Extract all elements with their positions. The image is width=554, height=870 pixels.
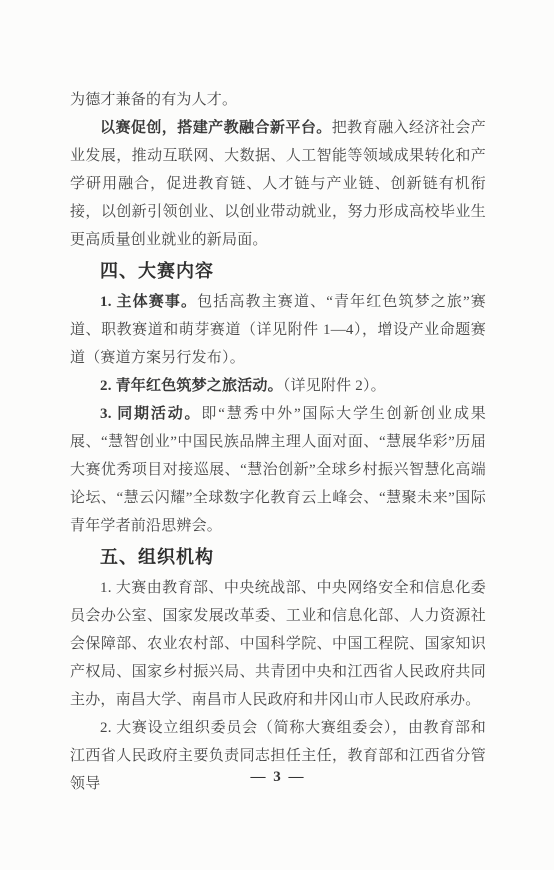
paragraph-main-events: 1. 主体赛事。包括高教主赛道、“青年红色筑梦之旅”赛道、职教赛道和萌芽赛道（详… xyxy=(70,288,486,372)
paragraph-organizers: 1. 大赛由教育部、中央统战部、中央网络安全和信息化委员会办公室、国家发展改革委… xyxy=(70,574,486,714)
paragraph-lead: 以赛促创，搭建产教融合新平台。 xyxy=(100,120,332,136)
section-heading-competition-content: 四、大赛内容 xyxy=(70,257,486,285)
paragraph-text: 即“慧秀中外”国际大学生创新创业成果展、“慧智创业”中国民族品牌主理人面对面、“… xyxy=(70,406,486,534)
paragraph-text: 把教育融入经济社会产业发展，推动互联网、大数据、人工智能等领域成果转化和产学研用… xyxy=(70,120,486,248)
page-number: — 3 — xyxy=(70,766,486,788)
paragraph-red-journey-activity: 2. 青年红色筑梦之旅活动。（详见附件 2）。 xyxy=(70,372,486,400)
paragraph-promote-innovation: 以赛促创，搭建产教融合新平台。把教育融入经济社会产业发展，推动互联网、大数据、人… xyxy=(70,114,486,254)
paragraph-concurrent-activities: 3. 同期活动。即“慧秀中外”国际大学生创新创业成果展、“慧智创业”中国民族品牌… xyxy=(70,400,486,540)
section-heading-organization: 五、组织机构 xyxy=(70,543,486,571)
document-page: 为德才兼备的有为人才。 以赛促创，搭建产教融合新平台。把教育融入经济社会产业发展… xyxy=(0,0,554,870)
paragraph-continuation: 为德才兼备的有为人才。 xyxy=(70,86,486,114)
paragraph-lead: 2. 青年红色筑梦之旅活动。 xyxy=(100,378,283,394)
paragraph-lead: 3. 同期活动。 xyxy=(100,406,201,422)
paragraph-text: （详见附件 2）。 xyxy=(283,378,386,394)
document-body: 为德才兼备的有为人才。 以赛促创，搭建产教融合新平台。把教育融入经济社会产业发展… xyxy=(70,86,486,798)
paragraph-lead: 1. 主体赛事。 xyxy=(100,294,197,310)
